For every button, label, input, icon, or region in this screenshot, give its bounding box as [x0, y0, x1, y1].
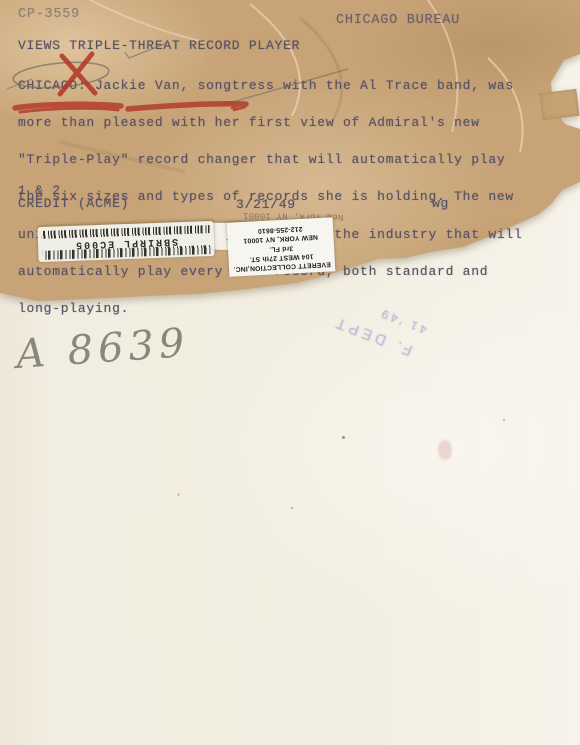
- editor-initials: wg: [432, 196, 449, 211]
- press-photo-verso: F. DEPT 41 '49 A 8639 CP-3559 CHICAGO BU…: [0, 0, 580, 745]
- caption-body-line: CHICAGO: Jackie Van, songtress with the …: [18, 80, 523, 92]
- caption-body-line: more than pleased with her first view of…: [18, 117, 523, 129]
- caption-headline: VIEWS TRIPLE-THREAT RECORD PLAYER: [18, 38, 300, 53]
- caption-body-line: "Triple-Play" record changer that will a…: [18, 154, 523, 166]
- caption-body-line: long-playing.: [18, 303, 523, 315]
- credit-line: CREDIT (ACME): [18, 196, 129, 211]
- bureau-line: CHICAGO BUREAU: [336, 13, 460, 28]
- collection-sticker: EVERETT COLLECTION,INC. 104 WEST 27th ST…: [227, 217, 336, 276]
- photo-code: CP-3559: [18, 7, 80, 22]
- barcode-sticker: SBRIRPL EC005: [37, 221, 214, 262]
- tape-scrap: [539, 89, 579, 120]
